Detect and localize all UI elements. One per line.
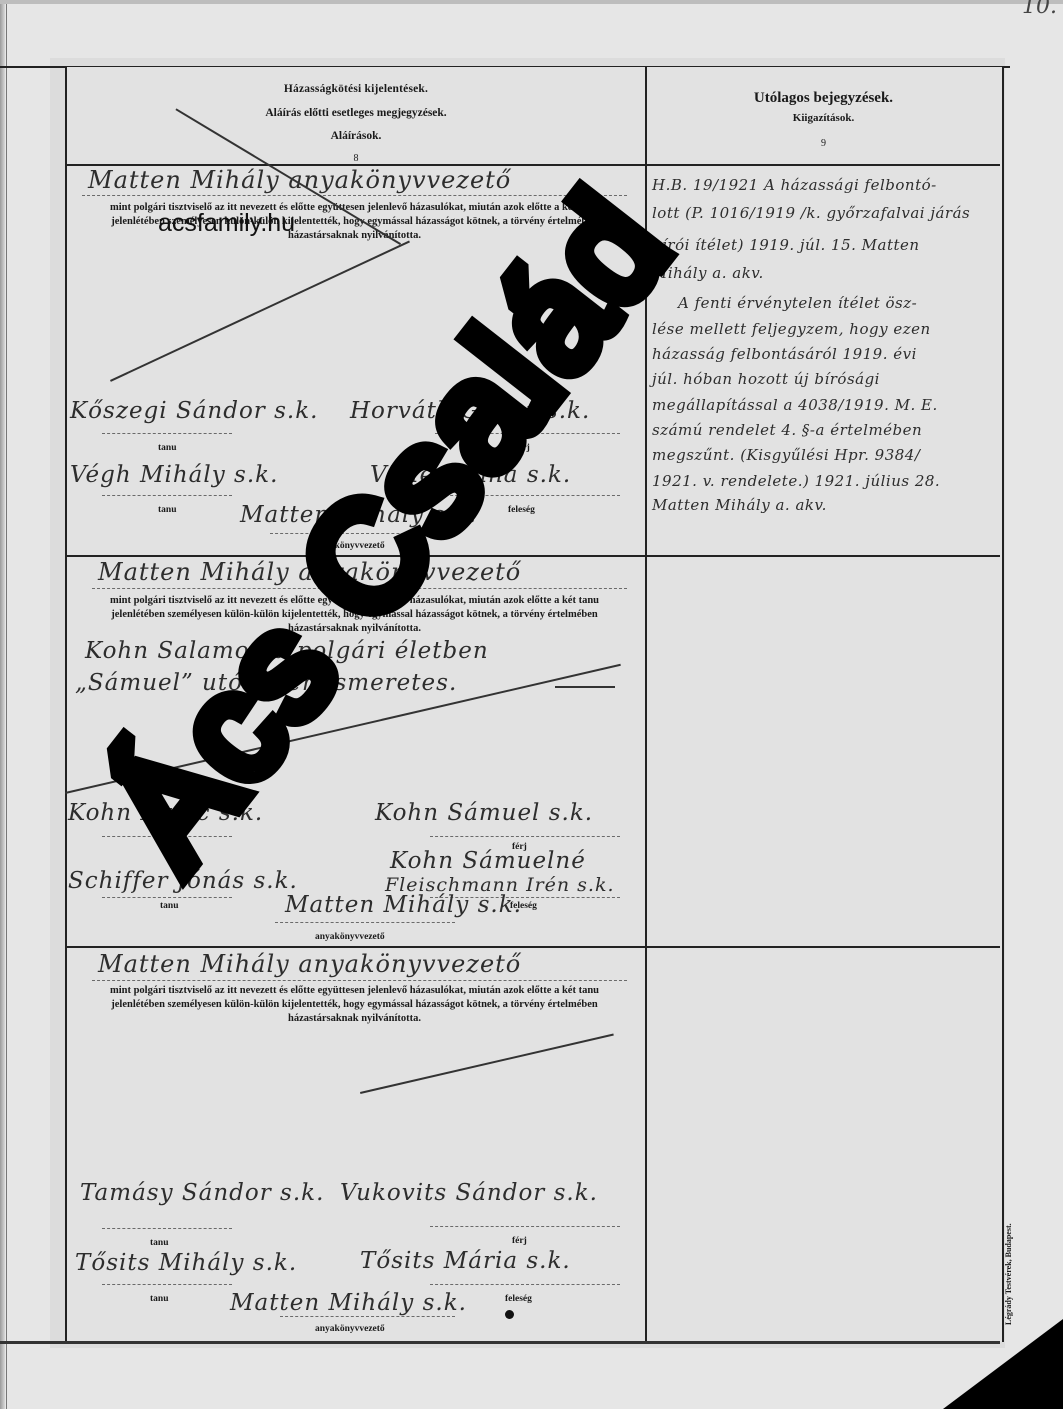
bottom-rule <box>0 1341 1000 1344</box>
entry-2-registrar-line <box>275 922 455 923</box>
entry-3-registrar: Matten Mihály s.k. <box>230 1290 467 1316</box>
entry-1-witness-1-label: tanu <box>158 443 176 453</box>
entry-3-husband: Vukovits Sándor s.k. <box>340 1180 598 1206</box>
entry-3-registrar-label: anyakönyvvezető <box>315 1324 385 1334</box>
entry-rule-2 <box>65 946 1000 948</box>
entry-3-wife-line <box>430 1284 620 1285</box>
entry-2-witness-2-label: tanu <box>160 901 178 911</box>
entry-3-witness-2-line <box>102 1284 232 1285</box>
entry-3-witness-1: Tamásy Sándor s.k. <box>80 1180 324 1206</box>
entry-2-remark-dash <box>555 686 615 688</box>
later-entry-line: számú rendelet 4. §-a értelmében <box>652 421 922 439</box>
later-entry-line: júl. hóban hozott új bírósági <box>652 370 880 388</box>
entry-2-wife-married-name: Kohn Sámuelné <box>390 848 586 874</box>
column-9-title: Utólagos bejegyzések. <box>647 90 1000 107</box>
column-9-header: Utólagos bejegyzések. Kiigazítások. 9 <box>647 70 1000 164</box>
scan-corner-shadow <box>943 1319 1063 1409</box>
entry-1-officiant: Matten Mihály anyakönyvvezető <box>88 166 511 194</box>
entry-3-witness-1-label: tanu <box>150 1238 168 1248</box>
later-entry-line: lése mellett feljegyzem, hogy ezen <box>652 320 931 338</box>
later-entry-line: házasság felbontásáról 1919. évi <box>652 345 917 363</box>
later-entry-line: 1921. v. rendelete.) 1921. július 28. <box>652 472 940 490</box>
entry-2-husband: Kohn Sámuel s.k. <box>375 800 593 826</box>
entry-rule-1 <box>65 555 1000 557</box>
entry-2-registrar-label: anyakönyvvezető <box>315 932 385 942</box>
entry-3-officiant: Matten Mihály anyakönyvvezető <box>98 950 521 978</box>
entry-3-registrar-line <box>280 1316 455 1317</box>
column-8-header: Házasságkötési kijelentések. Aláírás elő… <box>67 70 645 164</box>
entry-1-witness-2-line <box>102 495 232 496</box>
column-9-number: 9 <box>647 138 1000 149</box>
entry-2-witness-2-line <box>102 897 232 898</box>
column-8-number: 8 <box>67 153 645 164</box>
page-number: 10. <box>1022 0 1057 19</box>
column-8-subtitle-2: Aláírások. <box>67 130 645 142</box>
binding-line <box>6 0 7 1409</box>
later-entry-line: megszűnt. (Kisgyűlési Hpr. 9384/ <box>652 446 920 464</box>
entry-1-witness-2-label: tanu <box>158 505 176 515</box>
later-entry-line: H.B. 19/1921 A házassági felbontó- <box>652 176 937 194</box>
entry-3-witness-2: Tősits Mihály s.k. <box>75 1250 297 1276</box>
entry-1-witness-1-line <box>102 433 232 434</box>
entry-3-husband-line <box>430 1226 620 1227</box>
entry-3-wife-label: feleség <box>505 1294 532 1304</box>
entry-3-declaration: mint polgári tisztviselő az itt nevezett… <box>82 984 627 1026</box>
later-entry-line: bírói ítélet) 1919. júl. 15. Matten <box>652 236 920 254</box>
entry-2-husband-line <box>430 836 620 837</box>
page-binding-edge <box>0 0 5 1409</box>
entry-3-husband-label: férj <box>512 1236 527 1246</box>
site-watermark: acsfamily.hu <box>158 209 295 238</box>
later-entry-line: megállapítással a 4038/1919. M. E. <box>652 396 938 414</box>
column-8-subtitle: Aláírás előtti esetleges megjegyzések. <box>67 107 645 119</box>
entry-1-witness-1: Kőszegi Sándor s.k. <box>70 398 318 424</box>
later-entry-line: A fenti érvénytelen ítélet ösz- <box>678 294 917 312</box>
entry-1-witness-2: Végh Mihály s.k. <box>70 462 278 488</box>
top-shadow <box>0 0 1063 4</box>
later-entry-line: lott (P. 1016/1919 /k. győrzafalvai járá… <box>652 204 970 222</box>
entry-3-officiant-line <box>92 980 627 981</box>
ink-blot <box>505 1310 514 1319</box>
column-9-subtitle: Kiigazítások. <box>647 112 1000 124</box>
later-entry-line: Matten Mihály a. akv. <box>652 496 827 514</box>
printer-credit: Légrády Testvérek, Budapest. <box>1004 1165 1018 1325</box>
entry-3-witness-1-line <box>102 1228 232 1229</box>
column-8-title: Házasságkötési kijelentések. <box>67 83 645 95</box>
entry-2-registrar: Matten Mihály s.k. <box>285 892 522 918</box>
entry-3-witness-2-label: tanu <box>150 1294 168 1304</box>
entry-3-wife: Tősits Mária s.k. <box>360 1248 571 1274</box>
